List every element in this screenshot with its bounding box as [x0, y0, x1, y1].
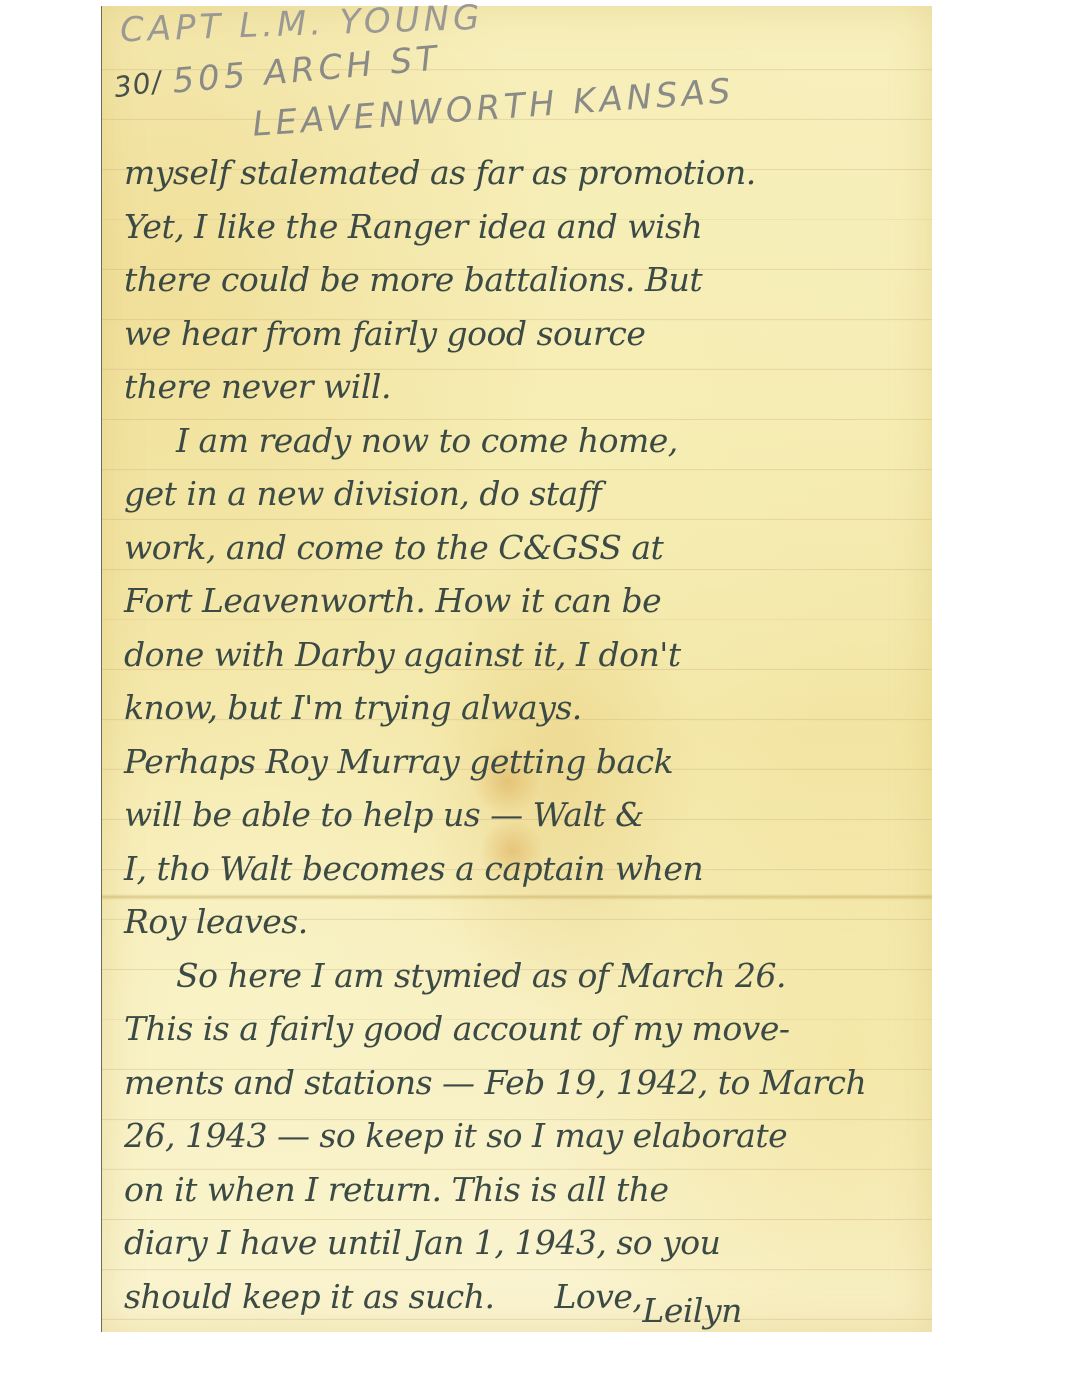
letter-line: should keep it as such.	[124, 1277, 494, 1316]
letter-line: Roy leaves.	[124, 895, 914, 949]
pencil-address-header: CAPT L.M. YOUNG 30/ 505 ARCH ST LEAVENWO…	[102, 6, 932, 146]
letter-line-final: should keep it as such.Love,Leilyn	[124, 1270, 914, 1324]
letter-line: ments and stations — Feb 19, 1942, to Ma…	[124, 1056, 914, 1110]
letter-line: we hear from fairly good source	[124, 307, 914, 361]
letter-line: there could be more battalions. But	[124, 253, 914, 307]
letter-line: I am ready now to come home,	[124, 414, 914, 468]
letter-line: So here I am stymied as of March 26.	[124, 949, 914, 1003]
letter-line: on it when I return. This is all the	[124, 1163, 914, 1217]
closing: Love,	[554, 1270, 642, 1324]
letter-line: Yet, I like the Ranger idea and wish	[124, 200, 914, 254]
letter-line: I, tho Walt becomes a captain when	[124, 842, 914, 896]
letter-line: This is a fairly good account of my move…	[124, 1002, 914, 1056]
letter-line: diary I have until Jan 1, 1943, so you	[124, 1216, 914, 1270]
page-number: 30/	[112, 65, 164, 104]
letter-line: Fort Leavenworth. How it can be	[124, 574, 914, 628]
letter-line: get in a new division, do staff	[124, 467, 914, 521]
letter-line: Perhaps Roy Murray getting back	[124, 735, 914, 789]
sender-street: 505 ARCH ST	[171, 38, 443, 101]
letter-line: myself stalemated as far as promotion.	[124, 146, 914, 200]
letter-body: myself stalemated as far as promotion. Y…	[124, 146, 914, 1323]
letter-line: will be able to help us — Walt &	[124, 788, 914, 842]
letter-page: CAPT L.M. YOUNG 30/ 505 ARCH ST LEAVENWO…	[101, 6, 932, 1332]
letter-line: know, but I'm trying always.	[124, 681, 914, 735]
letter-line: there never will.	[124, 360, 914, 414]
letter-line: 26, 1943 — so keep it so I may elaborate	[124, 1109, 914, 1163]
signature: Leilyn	[642, 1284, 741, 1338]
letter-line: work, and come to the C&GSS at	[124, 521, 914, 575]
letter-line: done with Darby against it, I don't	[124, 628, 914, 682]
